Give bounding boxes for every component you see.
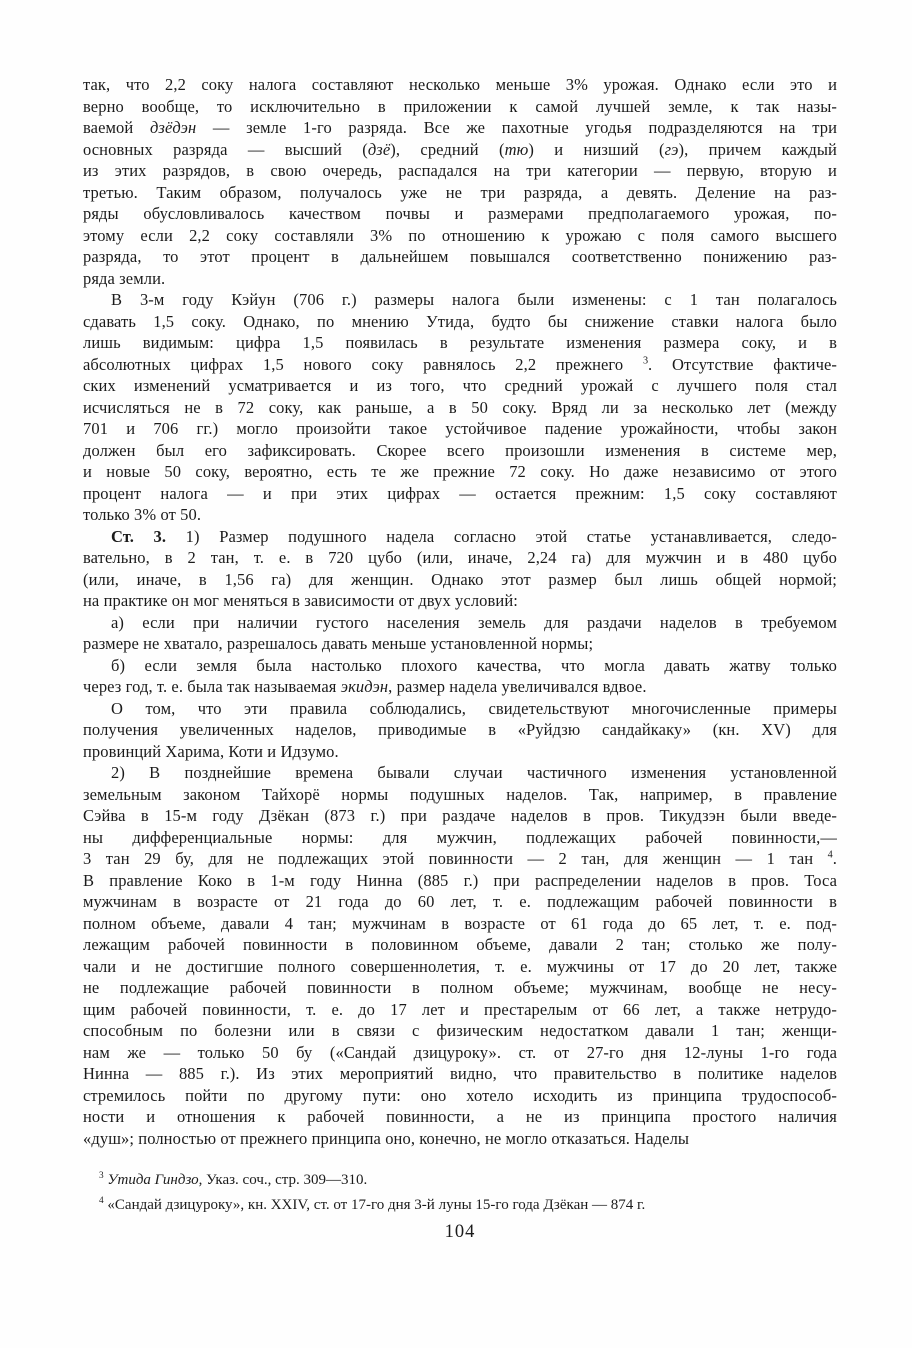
text-line: лишь видимым: цифра 1,5 появилась в резу… (83, 332, 837, 354)
text-line: получения увеличенных наделов, приводимы… (83, 719, 837, 741)
paragraph: 2) В позднейшие времена бывали случаи ча… (83, 762, 837, 1149)
paragraph: В 3-м году Кэйун (706 г.) размеры налога… (83, 289, 837, 526)
text-line: нам же — только 50 бу («Сандай дзицуроку… (83, 1042, 837, 1064)
text-line: провинций Харима, Коти и Идзумо. (83, 741, 837, 763)
text-line: 701 и 706 гг.) могло произойти такое уст… (83, 418, 837, 440)
book-page: так, что 2,2 соку налога составляют неск… (0, 0, 912, 1348)
paragraph: Ст. 3. 1) Размер подушного надела соглас… (83, 526, 837, 612)
text-line: стремилось пойти по другому пути: оно хо… (83, 1085, 837, 1107)
text-line: В правление Коко в 1-м году Нинна (885 г… (83, 870, 837, 892)
paragraph: О том, что эти правила соблюдались, свид… (83, 698, 837, 763)
text-line: ряды обусловливалось качеством почвы и р… (83, 203, 837, 225)
text-line: Нинна — 885 г.). Из этих мероприятий вид… (83, 1063, 837, 1085)
text-line: этому если 2,2 соку составляли 3% по отн… (83, 225, 837, 247)
text-line: сдавать 1,5 соку. Однако, по мнению Утид… (83, 311, 837, 333)
text-line: третью. Таким образом, получалось уже не… (83, 182, 837, 204)
text-line: б) если земля была настолько плохого кач… (83, 655, 837, 677)
text-line: 3 тан 29 бу, для не подлежащих этой пови… (83, 848, 837, 870)
paragraph: б) если земля была настолько плохого кач… (83, 655, 837, 698)
text-line: через год, т. е. была так называемая эки… (83, 676, 837, 698)
text-line: должен был его зафиксировать. Скорее все… (83, 440, 837, 462)
page-number: 104 (83, 1222, 837, 1243)
text-line: полном объеме, давали 4 тан; мужчинам в … (83, 913, 837, 935)
text-line: (или, иначе, в 1,56 га) для женщин. Одна… (83, 569, 837, 591)
paragraph: а) если при наличии густого населения зе… (83, 612, 837, 655)
text-line: из этих разрядов, в свою очередь, распад… (83, 160, 837, 182)
text-line: размере не хватало, разрешалось давать м… (83, 633, 837, 655)
text-line: а) если при наличии густого населения зе… (83, 612, 837, 634)
text-line: ны дифференциальные нормы: для мужчин, п… (83, 827, 837, 849)
paragraph: так, что 2,2 соку налога составляют неск… (83, 74, 837, 289)
text-line: чали и не достигшие полного совершенноле… (83, 956, 837, 978)
text-line: так, что 2,2 соку налога составляют неск… (83, 74, 837, 96)
text-line: не подлежащие рабочей повинности в полно… (83, 977, 837, 999)
text-line: лежащим рабочей повинности в половинном … (83, 934, 837, 956)
text-line: «душ»; полностью от прежнего принципа он… (83, 1128, 837, 1150)
text-line: способным по болезни или в связи с физич… (83, 1020, 837, 1042)
text-line: ских изменений усматривается и из того, … (83, 375, 837, 397)
text-line: основных разряда — высший (дзё), средний… (83, 139, 837, 161)
text-line: ряда земли. (83, 268, 837, 290)
text-line: абсолютных цифрах 1,5 нового соку равнял… (83, 354, 837, 376)
text-line: Сэйва в 15-м году Дзёкан (873 г.) при ра… (83, 805, 837, 827)
footnotes: 3 Утида Гиндзо, Указ. соч., стр. 309—310… (83, 1168, 843, 1218)
text-line: процент налога — и при этих цифрах — ост… (83, 483, 837, 505)
text-line: земельным законом Тайхорё нормы подушных… (83, 784, 837, 806)
text-line: 4 «Сандай дзицуроку», кн. XXIV, ст. от 1… (83, 1193, 843, 1218)
text-block: так, что 2,2 соку налога составляют неск… (83, 74, 837, 1149)
text-line: и новые 50 соку, вероятно, есть те же пр… (83, 461, 837, 483)
text-line: ваемой дзёдэн — земле 1-го разряда. Все … (83, 117, 837, 139)
text-line: щим рабочей повинности, т. е. до 17 лет … (83, 999, 837, 1021)
text-line: мужчинам в возрасте от 21 года до 60 лет… (83, 891, 837, 913)
text-line: верно вообще, то исключительно в приложе… (83, 96, 837, 118)
text-line: Ст. 3. 1) Размер подушного надела соглас… (83, 526, 837, 548)
text-line: разряда, то этот процент в дальнейшем по… (83, 246, 837, 268)
text-line: О том, что эти правила соблюдались, свид… (83, 698, 837, 720)
text-line: исчисляться не в 72 соку, как раньше, а … (83, 397, 837, 419)
text-line: ности и отношения к рабочей повинности, … (83, 1106, 837, 1128)
footnote: 4 «Сандай дзицуроку», кн. XXIV, ст. от 1… (83, 1193, 843, 1218)
text-line: только 3% от 50. (83, 504, 837, 526)
text-line: на практике он мог меняться в зависимост… (83, 590, 837, 612)
text-line: 3 Утида Гиндзо, Указ. соч., стр. 309—310… (83, 1168, 843, 1193)
text-line: В 3-м году Кэйун (706 г.) размеры налога… (83, 289, 837, 311)
text-line: вательно, в 2 тан, т. е. в 720 цубо (или… (83, 547, 837, 569)
footnote: 3 Утида Гиндзо, Указ. соч., стр. 309—310… (83, 1168, 843, 1193)
text-line: 2) В позднейшие времена бывали случаи ча… (83, 762, 837, 784)
